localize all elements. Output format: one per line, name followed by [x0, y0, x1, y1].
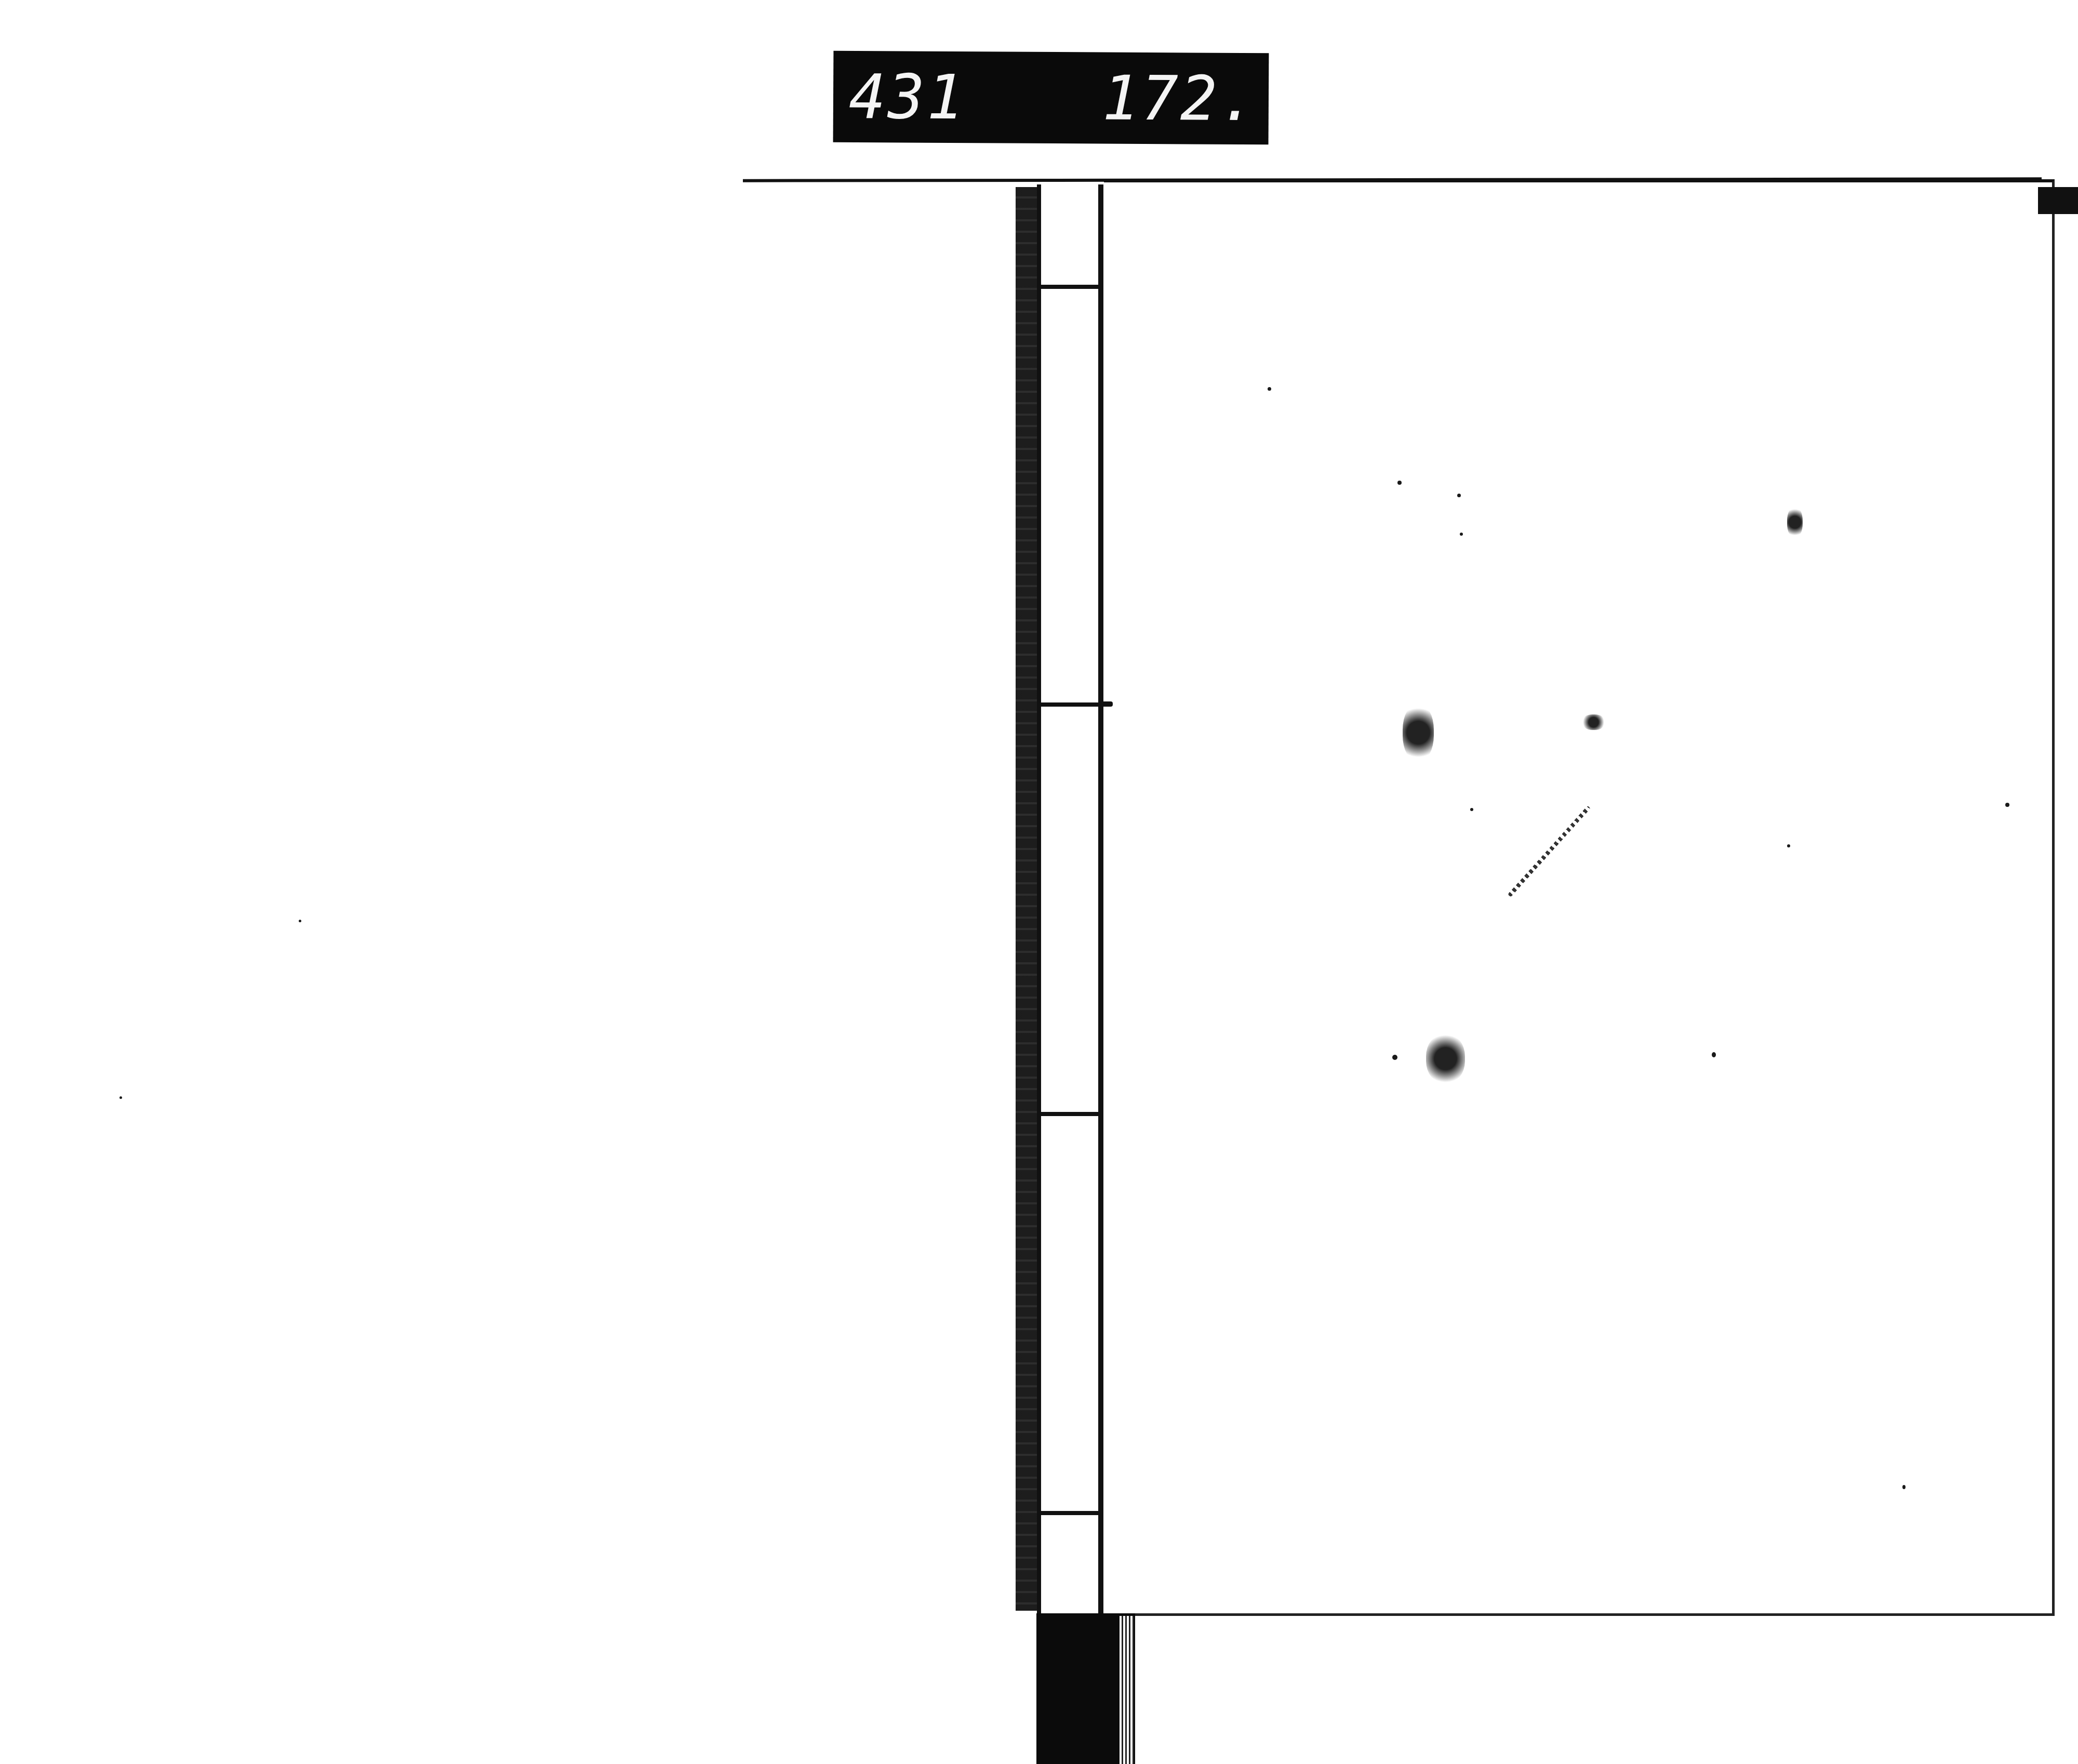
- binding-strip: [1037, 184, 1103, 1616]
- stitch-knot: [1100, 701, 1113, 707]
- speck: [1787, 844, 1790, 847]
- call-number-right: 172.: [1102, 62, 1258, 136]
- binding-stitch: [1039, 285, 1103, 289]
- stain: [1426, 1034, 1465, 1083]
- book-cover: [1104, 179, 2055, 1616]
- speck: [1712, 1052, 1716, 1057]
- speck: [119, 1096, 122, 1099]
- binding-stitch: [1039, 1112, 1103, 1116]
- speck: [1460, 533, 1463, 536]
- speck: [1457, 494, 1461, 497]
- speck: [1392, 1055, 1397, 1060]
- stain: [1403, 704, 1434, 761]
- stain: [1787, 507, 1803, 538]
- speck: [1470, 808, 1473, 811]
- stain: [1582, 714, 1605, 730]
- binding-stitch: [1039, 1511, 1103, 1515]
- call-number-label: 431 172.: [833, 51, 1269, 144]
- speck: [2005, 803, 2009, 807]
- speck: [1397, 481, 1402, 485]
- speck: [1902, 1485, 1906, 1489]
- speck: [299, 920, 301, 922]
- call-number-digits: 431 172.: [849, 60, 1259, 135]
- call-number-left: 431: [849, 60, 966, 134]
- speck: [1268, 387, 1271, 391]
- spine-base-edge: [1120, 1616, 1134, 1764]
- binding-stitch: [1039, 702, 1103, 707]
- adjacent-page-edge: [2038, 187, 2078, 214]
